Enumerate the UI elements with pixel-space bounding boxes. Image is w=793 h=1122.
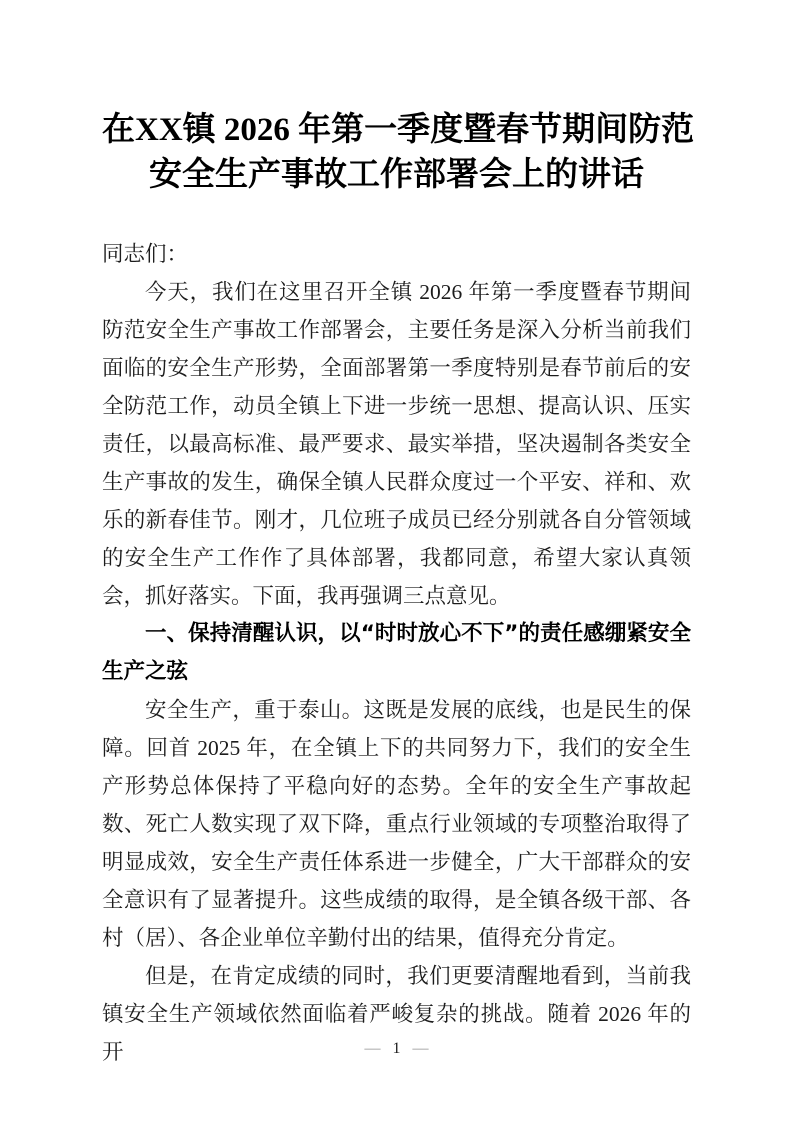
paragraph-opening: 今天，我们在这里召开全镇 2026 年第一季度暨春节期间防范安全生产事故工作部署…: [102, 273, 691, 615]
document-content: 在XX镇 2026 年第一季度暨春节期间防范 安全生产事故工作部署会上的讲话 同…: [0, 0, 793, 1071]
footer-dash-right: —: [413, 1040, 429, 1057]
document-title-line-2: 安全生产事故工作部署会上的讲话: [102, 153, 691, 198]
section-heading-1: 一、保持清醒认识，以“时时放心不下”的责任感绷紧安全生产之弦: [102, 615, 691, 691]
footer-dash-left: —: [365, 1040, 381, 1057]
document-page: 在XX镇 2026 年第一季度暨春节期间防范 安全生产事故工作部署会上的讲话 同…: [0, 0, 793, 1122]
document-title: 在XX镇 2026 年第一季度暨春节期间防范 安全生产事故工作部署会上的讲话: [102, 108, 691, 198]
page-number: 1: [393, 1040, 401, 1057]
paragraph-achievements: 安全生产，重于泰山。这既是发展的底线，也是民生的保障。回首 2025 年，在全镇…: [102, 691, 691, 957]
document-title-line-1: 在XX镇 2026 年第一季度暨春节期间防范: [102, 108, 691, 153]
salutation: 同志们：: [102, 235, 691, 273]
page-footer: —1—: [0, 1038, 793, 1060]
